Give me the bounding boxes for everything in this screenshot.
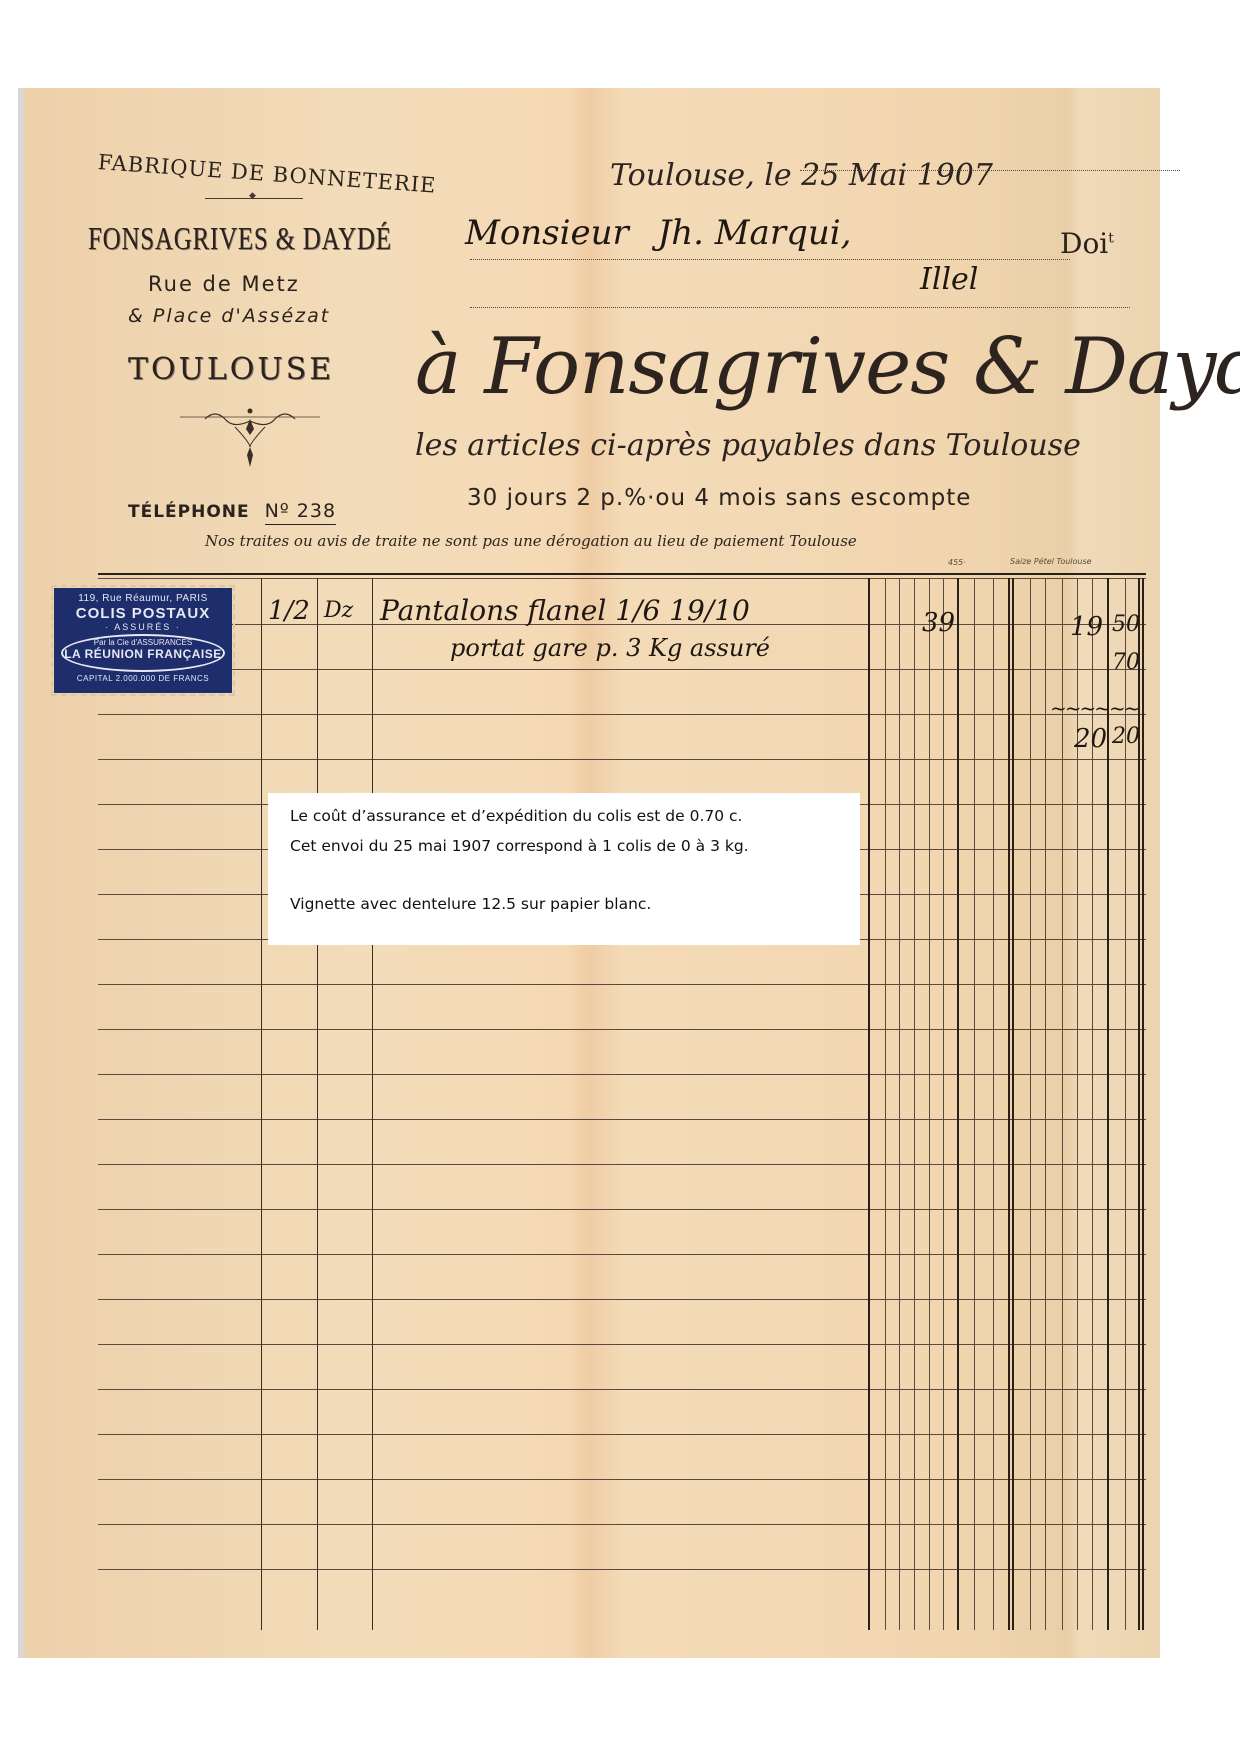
recipient-prefix: Monsieur: [465, 213, 629, 253]
table-row-rule: [98, 1254, 1146, 1255]
amount-column-rule: [993, 578, 994, 1630]
annotation-line-1: Le coût d’assurance et d’expédition du c…: [290, 801, 860, 831]
col-desc-rule: [372, 578, 373, 1630]
row-total-line2: 70: [1112, 650, 1140, 675]
amount-column-rule: [943, 578, 944, 1630]
amount-column-rule: [1008, 578, 1010, 1630]
amount-column-rule: [899, 578, 900, 1630]
letterhead-divider: [205, 198, 303, 199]
row-description: Pantalons flanel 1/6 19/10: [380, 594, 750, 627]
amount-column-rule: [929, 578, 930, 1630]
table-row-rule: [98, 714, 1146, 715]
telephone-label: TÉLÉPHONE: [128, 502, 250, 522]
grand-total-cents: 20: [1112, 724, 1140, 749]
table-top-rule: [98, 573, 1146, 575]
creditor-script: à Fonsagrives & Daydé: [415, 322, 1240, 412]
firm-name: FONSAGRIVES & DAYDÉ: [88, 220, 392, 257]
annotation-box: Le coût d’assurance et d’expédition du c…: [268, 793, 860, 945]
grand-total: 20: [1074, 724, 1107, 754]
row-description-line2: portat gare p. 3 Kg assuré: [450, 634, 770, 662]
table-row-rule: [98, 1209, 1146, 1210]
date-line: Toulouse, le 25 Mai 1907: [610, 158, 993, 193]
amount-column-rule: [1030, 578, 1031, 1630]
subtotal-rule: ~~~~~~: [1050, 696, 1139, 720]
row-total: 19: [1070, 612, 1103, 642]
place-address: & Place d'Assézat: [128, 305, 330, 327]
printer-name: Saize Pétel Toulouse: [1010, 557, 1092, 566]
table-row-rule: [98, 1029, 1146, 1030]
recipient-name: Jh. Marqui,: [658, 213, 852, 253]
payment-terms: 30 jours 2 p.%·ou 4 mois sans escompte: [467, 485, 971, 511]
colis-postaux-stamp: 119, Rue Réaumur, PARIS COLIS POSTAUX · …: [54, 588, 232, 693]
recipient-dotted-rule: [470, 259, 1070, 260]
city-name: TOULOUSE: [128, 352, 334, 387]
table-row-rule: [98, 1119, 1146, 1120]
amount-column-rule: [868, 578, 870, 1630]
doit-sup: t: [1108, 231, 1114, 247]
amount-column-rule: [1012, 578, 1014, 1630]
table-row-rule: [98, 1074, 1146, 1075]
location-dotted-rule: [470, 307, 1130, 308]
printer-code: 455·: [948, 558, 966, 567]
payment-notice: Nos traites ou avis de traite ne sont pa…: [205, 532, 857, 550]
flourish-ornament-icon: [180, 405, 320, 475]
table-row-rule: [98, 1434, 1146, 1435]
col-unit-rule: [317, 578, 318, 1630]
amount-column-rule: [1045, 578, 1046, 1630]
table-row-rule: [98, 1344, 1146, 1345]
stamp-capital: CAPITAL 2.000.000 DE FRANCS: [54, 674, 232, 683]
table-row-rule: [98, 1389, 1146, 1390]
date-dotted-rule: [800, 170, 1180, 171]
doit-text: Doi: [1060, 227, 1108, 260]
stamp-address: 119, Rue Réaumur, PARIS: [54, 593, 232, 604]
amount-column-rule: [885, 578, 886, 1630]
row-unit-price: 39: [922, 608, 955, 638]
telephone-number: Nº 238: [265, 500, 336, 525]
articles-text: les articles ci-après payables dans Toul…: [415, 428, 1081, 463]
table-row-rule: [98, 1299, 1146, 1300]
row-qty: 1/2: [268, 596, 310, 626]
table-row-rule: [98, 1479, 1146, 1480]
table-row-rule: [98, 984, 1146, 985]
recipient-line: Monsieur Jh. Marqui,: [465, 213, 851, 253]
annotation-line-3: Vignette avec dentelure 12.5 sur papier …: [290, 889, 860, 919]
stamp-oval: Par la Cie d'ASSURANCES LA RÉUNION FRANÇ…: [61, 634, 225, 672]
col-qty-rule: [261, 578, 262, 1630]
recipient-location: Illel: [920, 262, 978, 297]
table-top-rule-2: [98, 578, 1146, 579]
amount-column-rule: [1062, 578, 1063, 1630]
table-row-rule: [98, 1524, 1146, 1525]
row-total-cents: 50: [1112, 612, 1140, 637]
doit-label: Doit: [1060, 227, 1114, 260]
stamp-by-company: Par la Cie d'ASSURANCES: [63, 636, 223, 647]
stamp-company: LA RÉUNION FRANÇAISE: [63, 647, 223, 661]
amount-column-rule: [1142, 578, 1144, 1630]
table-row-rule: [98, 1164, 1146, 1165]
stamp-title: COLIS POSTAUX: [54, 605, 232, 622]
stamp-subtitle: · ASSURÉS ·: [54, 622, 232, 632]
telephone: TÉLÉPHONE Nº 238: [128, 500, 336, 522]
street-address: Rue de Metz: [148, 272, 300, 296]
amount-column-rule: [1107, 578, 1109, 1630]
annotation-line-2: Cet envoi du 25 mai 1907 correspond à 1 …: [290, 831, 860, 861]
amount-column-rule: [957, 578, 959, 1630]
row-unit: Dz: [324, 598, 353, 623]
amount-column-rule: [914, 578, 915, 1630]
table-row-rule: [98, 669, 1146, 670]
table-row-rule: [98, 1569, 1146, 1570]
amount-column-rule: [974, 578, 975, 1630]
table-row-rule: [98, 759, 1146, 760]
